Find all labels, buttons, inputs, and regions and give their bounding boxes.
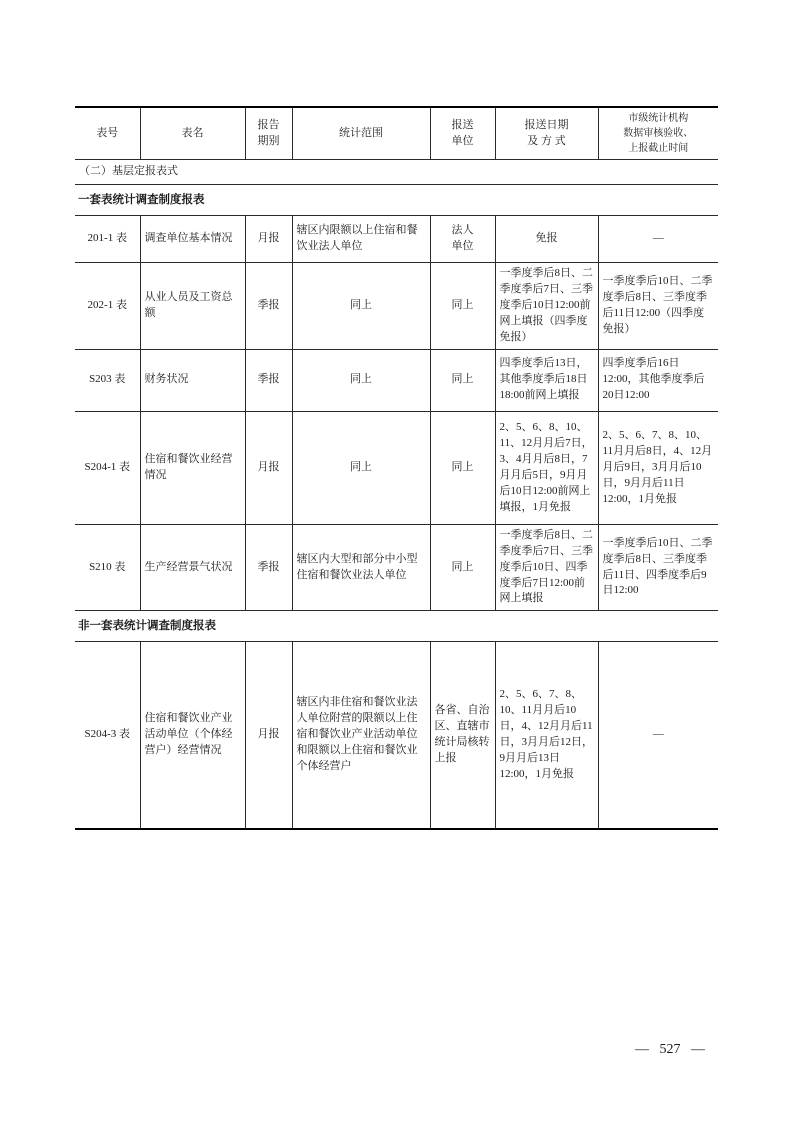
cell-submission-date-method: 一季度季后8日、二季度季后7日、三季度季后10日、四季度季后7日12:00前网上… bbox=[495, 524, 598, 611]
table-row: S210 表 生产经营景气状况 季报 辖区内大型和部分中小型住宿和餐饮业法人单位… bbox=[75, 524, 718, 611]
column-header-form-name: 表名 bbox=[140, 107, 245, 160]
cell-form-name: 从业人员及工资总额 bbox=[140, 263, 245, 350]
page-number: — 527 — bbox=[600, 1042, 740, 1058]
cell-submission-date-method: 2、5、6、8、10、11、12月月后7日，3、4月月后8日，7月月后5日，9月… bbox=[495, 411, 598, 524]
cell-statistical-scope: 辖区内大型和部分中小型住宿和餐饮业法人单位 bbox=[292, 524, 430, 611]
cell-form-id: S210 表 bbox=[75, 524, 140, 611]
section-label-non-one-set-survey: 非一套表统计调查制度报表 bbox=[75, 611, 718, 642]
table-row: S203 表 财务状况 季报 同上 同上 四季度季后13日，其他季度季后18日1… bbox=[75, 349, 718, 411]
section-label-one-set-survey: 一套表统计调查制度报表 bbox=[75, 185, 718, 216]
cell-review-deadline: — bbox=[598, 642, 718, 829]
cell-submission-date-method: 一季度季后8日、二季度季后7日、三季度季后10日12:00前网上填报（四季度免报… bbox=[495, 263, 598, 350]
column-header-reporting-unit: 报送 单位 bbox=[430, 107, 495, 160]
cell-review-deadline: 一季度季后10日、二季度季后8日、三季度季后11日、四季度季后9日12:00 bbox=[598, 524, 718, 611]
cell-statistical-scope: 辖区内限额以上住宿和餐饮业法人单位 bbox=[292, 216, 430, 263]
cell-reporting-unit: 同上 bbox=[430, 263, 495, 350]
table-row: 202-1 表 从业人员及工资总额 季报 同上 同上 一季度季后8日、二季度季后… bbox=[75, 263, 718, 350]
statistical-report-schedule-table: 表号 表名 报告 期别 统计范围 报送 单位 报送日期 及 方 式 市级统计机构… bbox=[75, 106, 718, 830]
section-label-part-two: （二）基层定报表式 bbox=[75, 160, 718, 185]
section-row-non-one-set-survey: 非一套表统计调查制度报表 bbox=[75, 611, 718, 642]
cell-report-period: 季报 bbox=[245, 263, 292, 350]
cell-form-name: 财务状况 bbox=[140, 349, 245, 411]
cell-submission-date-method: 四季度季后13日，其他季度季后18日18:00前网上填报 bbox=[495, 349, 598, 411]
cell-report-period: 月报 bbox=[245, 411, 292, 524]
column-header-submission-date-method: 报送日期 及 方 式 bbox=[495, 107, 598, 160]
cell-review-deadline: 一季度季后10日、二季度季后8日、三季度季后11日12:00（四季度免报） bbox=[598, 263, 718, 350]
cell-statistical-scope: 同上 bbox=[292, 411, 430, 524]
cell-reporting-unit: 同上 bbox=[430, 411, 495, 524]
cell-submission-date-method: 2、5、6、7、8、10、11月月后10日，4、12月月后11日，3月月后12日… bbox=[495, 642, 598, 829]
column-header-review-deadline: 市级统计机构 数据审核验收、 上报截止时间 bbox=[598, 107, 718, 160]
cell-form-name: 调查单位基本情况 bbox=[140, 216, 245, 263]
document-page: 表号 表名 报告 期别 统计范围 报送 单位 报送日期 及 方 式 市级统计机构… bbox=[0, 0, 793, 1122]
cell-form-name: 住宿和餐饮业产业活动单位（个体经营户）经营情况 bbox=[140, 642, 245, 829]
cell-reporting-unit: 各省、自治区、直辖市统计局核转上报 bbox=[430, 642, 495, 829]
cell-statistical-scope: 辖区内非住宿和餐饮业法人单位附营的限额以上住宿和餐饮业产业活动单位和限额以上住宿… bbox=[292, 642, 430, 829]
column-header-form-id: 表号 bbox=[75, 107, 140, 160]
cell-reporting-unit: 同上 bbox=[430, 349, 495, 411]
cell-form-name: 生产经营景气状况 bbox=[140, 524, 245, 611]
cell-statistical-scope: 同上 bbox=[292, 349, 430, 411]
table-row: 201-1 表 调查单位基本情况 月报 辖区内限额以上住宿和餐饮业法人单位 法人… bbox=[75, 216, 718, 263]
cell-reporting-unit: 同上 bbox=[430, 524, 495, 611]
cell-statistical-scope: 同上 bbox=[292, 263, 430, 350]
table-header-row: 表号 表名 报告 期别 统计范围 报送 单位 报送日期 及 方 式 市级统计机构… bbox=[75, 107, 718, 160]
cell-form-id: 201-1 表 bbox=[75, 216, 140, 263]
cell-submission-date-method: 免报 bbox=[495, 216, 598, 263]
cell-form-id: S203 表 bbox=[75, 349, 140, 411]
column-header-statistical-scope: 统计范围 bbox=[292, 107, 430, 160]
cell-form-id: S204-3 表 bbox=[75, 642, 140, 829]
cell-review-deadline: 四季度季后16日12:00，其他季度季后20日12:00 bbox=[598, 349, 718, 411]
cell-form-id: S204-1 表 bbox=[75, 411, 140, 524]
column-header-report-period: 报告 期别 bbox=[245, 107, 292, 160]
cell-reporting-unit: 法人 单位 bbox=[430, 216, 495, 263]
section-row-one-set-survey: 一套表统计调查制度报表 bbox=[75, 185, 718, 216]
cell-report-period: 月报 bbox=[245, 642, 292, 829]
cell-form-id: 202-1 表 bbox=[75, 263, 140, 350]
cell-review-deadline: — bbox=[598, 216, 718, 263]
cell-review-deadline: 2、5、6、7、8、10、11月月后8日，4、12月月后9日，3月月后10日，9… bbox=[598, 411, 718, 524]
table-row: S204-3 表 住宿和餐饮业产业活动单位（个体经营户）经营情况 月报 辖区内非… bbox=[75, 642, 718, 829]
cell-report-period: 季报 bbox=[245, 349, 292, 411]
cell-form-name: 住宿和餐饮业经营情况 bbox=[140, 411, 245, 524]
cell-report-period: 季报 bbox=[245, 524, 292, 611]
section-row-part-two: （二）基层定报表式 bbox=[75, 160, 718, 185]
cell-report-period: 月报 bbox=[245, 216, 292, 263]
table-row: S204-1 表 住宿和餐饮业经营情况 月报 同上 同上 2、5、6、8、10、… bbox=[75, 411, 718, 524]
